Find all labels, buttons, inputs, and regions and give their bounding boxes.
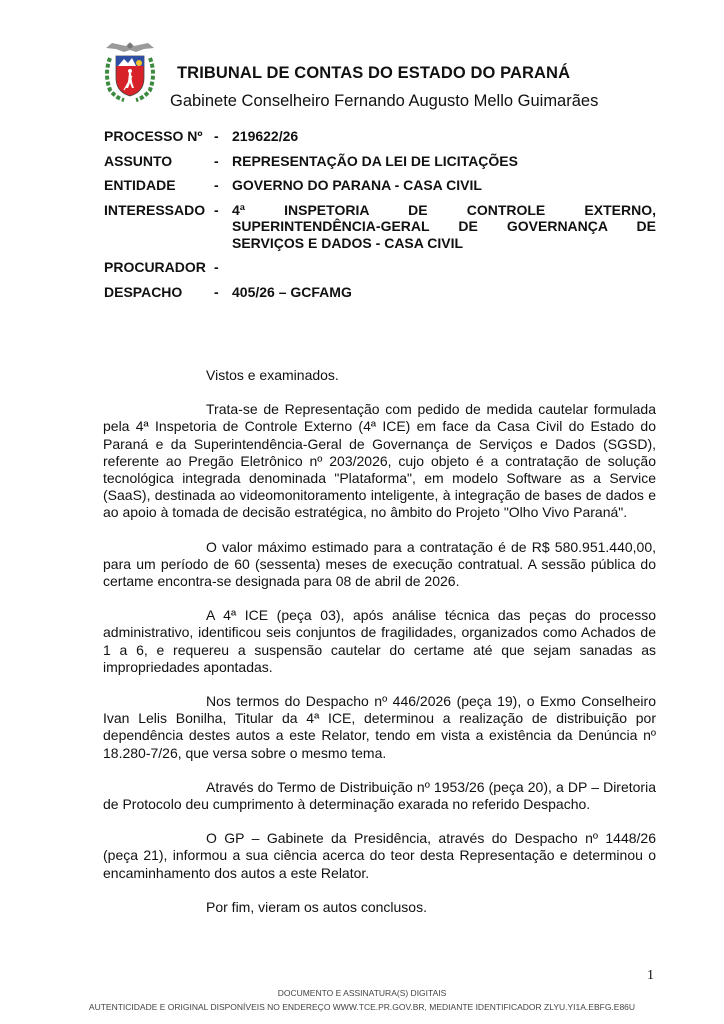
paragraph: O GP – Gabinete da Presidência, através … bbox=[103, 830, 656, 882]
meta-dash: - bbox=[214, 202, 232, 252]
process-metadata: PROCESSO Nº - 219622/26 ASSUNTO - REPRES… bbox=[104, 128, 656, 308]
meta-value: GOVERNO DO PARANA - CASA CIVIL bbox=[232, 177, 656, 194]
meta-row-assunto: ASSUNTO - REPRESENTAÇÃO DA LEI DE LICITA… bbox=[104, 153, 656, 170]
meta-value bbox=[232, 259, 656, 276]
meta-label: INTERESSADO bbox=[104, 202, 214, 252]
paragraph: Através do Termo de Distribuição nº 1953… bbox=[103, 779, 656, 813]
meta-label: DESPACHO bbox=[104, 284, 214, 301]
meta-label: PROCURADOR bbox=[104, 259, 214, 276]
meta-dash: - bbox=[214, 128, 232, 145]
paragraph: Trata-se de Representação com pedido de … bbox=[103, 401, 656, 521]
paragraph: O valor máximo estimado para a contrataç… bbox=[103, 539, 656, 591]
paragraph: A 4ª ICE (peça 03), após análise técnica… bbox=[103, 607, 656, 676]
meta-dash: - bbox=[214, 259, 232, 276]
meta-row-entidade: ENTIDADE - GOVERNO DO PARANA - CASA CIVI… bbox=[104, 177, 656, 194]
page-number: 1 bbox=[647, 968, 654, 984]
meta-row-procurador: PROCURADOR - bbox=[104, 259, 656, 276]
footer-digital-signature: DOCUMENTO E ASSINATURA(S) DIGITAIS bbox=[0, 988, 724, 998]
paragraph: Por fim, vieram os autos conclusos. bbox=[103, 899, 656, 916]
meta-label: ASSUNTO bbox=[104, 153, 214, 170]
meta-label: PROCESSO Nº bbox=[104, 128, 214, 145]
parana-coat-of-arms-icon bbox=[102, 40, 158, 106]
paragraph: Nos termos do Despacho nº 446/2026 (peça… bbox=[103, 693, 656, 762]
meta-dash: - bbox=[214, 153, 232, 170]
meta-label: ENTIDADE bbox=[104, 177, 214, 194]
meta-row-interessado: INTERESSADO - 4ª INSPETORIA DE CONTROLE … bbox=[104, 202, 656, 252]
office-subtitle: Gabinete Conselheiro Fernando Augusto Me… bbox=[170, 92, 598, 111]
meta-value: 405/26 – GCFAMG bbox=[232, 284, 656, 301]
meta-dash: - bbox=[214, 177, 232, 194]
meta-value: REPRESENTAÇÃO DA LEI DE LICITAÇÕES bbox=[232, 153, 656, 170]
meta-value: 4ª INSPETORIA DE CONTROLE EXTERNO, SUPER… bbox=[232, 202, 656, 252]
meta-row-processo: PROCESSO Nº - 219622/26 bbox=[104, 128, 656, 145]
meta-row-despacho: DESPACHO - 405/26 – GCFAMG bbox=[104, 284, 656, 301]
footer-authenticity: AUTENTICIDADE E ORIGINAL DISPONÍVEIS NO … bbox=[0, 1002, 724, 1012]
institution-title: TRIBUNAL DE CONTAS DO ESTADO DO PARANÁ bbox=[177, 64, 570, 83]
meta-value: 219622/26 bbox=[232, 128, 656, 145]
document-body: Vistos e examinados. Trata-se de Represe… bbox=[103, 367, 656, 933]
paragraph: Vistos e examinados. bbox=[103, 367, 656, 384]
meta-dash: - bbox=[214, 284, 232, 301]
